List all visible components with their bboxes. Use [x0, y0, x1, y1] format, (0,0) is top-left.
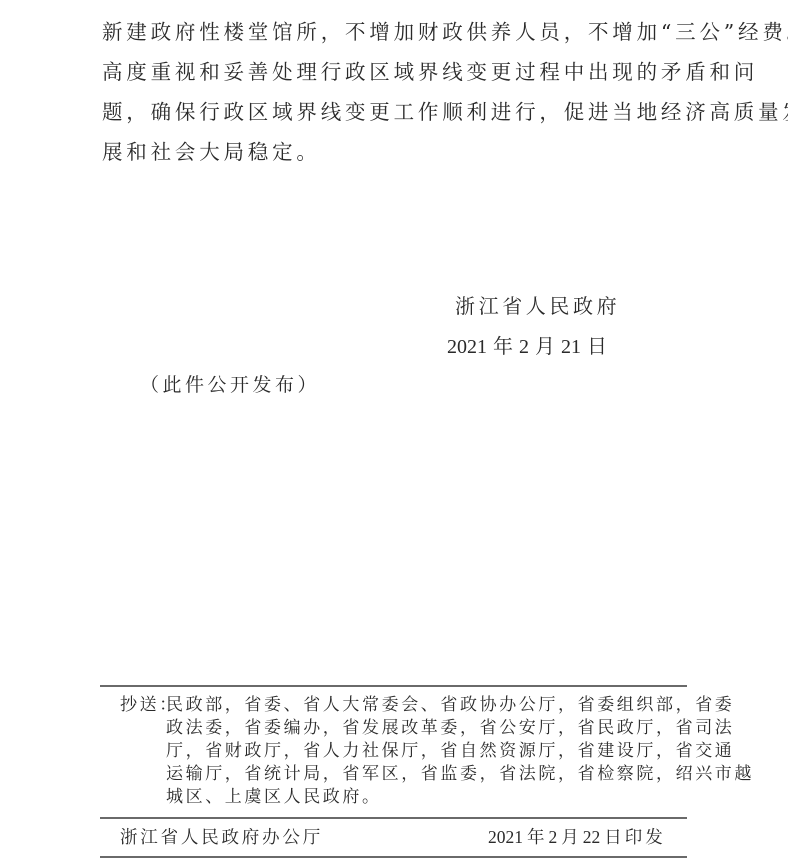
- sign-date-month: 2: [519, 336, 529, 358]
- body-paragraph: 新建政府性楼堂馆所，不增加财政供养人员，不增加“三公”经费。 高度重视和妥善处理…: [102, 12, 688, 172]
- footer-print-date: 2021年2月22日印发: [488, 824, 666, 849]
- sign-date-day-unit: 日: [587, 334, 607, 358]
- signature-issuer: 浙江省人民政府: [455, 290, 620, 319]
- document-page: 新建政府性楼堂馆所，不增加财政供养人员，不增加“三公”经费。 高度重视和妥善处理…: [0, 0, 788, 867]
- cc-recipients: 民政部，省委、省人大常委会、省政协办公厅，省委组织部，省委 政法委，省委编办，省…: [166, 694, 686, 809]
- footer-date-year: 2021: [488, 827, 523, 847]
- sign-date-day: 21: [561, 336, 581, 358]
- footer-date-year-unit: 年: [527, 828, 545, 848]
- divider-middle: [100, 817, 687, 819]
- sign-date-year: 2021: [447, 336, 487, 358]
- body-line: 展和社会大局稳定。: [102, 132, 688, 172]
- body-line: 高度重视和妥善处理行政区域界线变更过程中出现的矛盾和问: [102, 52, 688, 92]
- body-line: 题，确保行政区域界线变更工作顺利进行，促进当地经济高质量发: [102, 92, 688, 132]
- sign-date-year-unit: 年: [493, 334, 513, 358]
- signature-date: 2021年2月21日: [447, 330, 613, 359]
- cc-line: 政法委，省委编办，省发展改革委，省公安厅，省民政厅，省司法: [166, 717, 686, 740]
- footer-date-suffix: 日印发: [604, 828, 666, 848]
- sign-date-month-unit: 月: [535, 334, 555, 358]
- cc-line: 厅，省财政厅，省人力社保厅，省自然资源厅，省建设厅，省交通: [166, 740, 686, 763]
- footer-date-month: 2: [549, 827, 558, 847]
- cc-line: 民政部，省委、省人大常委会、省政协办公厅，省委组织部，省委: [166, 694, 686, 717]
- cc-line: 城区、上虞区人民政府。: [166, 786, 686, 809]
- public-release-note: （此件公开发布）: [140, 370, 320, 397]
- divider-bottom: [100, 856, 687, 858]
- divider-top: [100, 685, 687, 687]
- footer-date-day: 22: [583, 827, 601, 847]
- cc-line: 运输厅，省统计局，省军区，省监委，省法院，省检察院，绍兴市越: [166, 763, 686, 786]
- body-line: 新建政府性楼堂馆所，不增加财政供养人员，不增加“三公”经费。: [102, 12, 688, 52]
- footer-date-month-unit: 月: [561, 828, 579, 848]
- footer-issuer: 浙江省人民政府办公厅: [120, 824, 323, 849]
